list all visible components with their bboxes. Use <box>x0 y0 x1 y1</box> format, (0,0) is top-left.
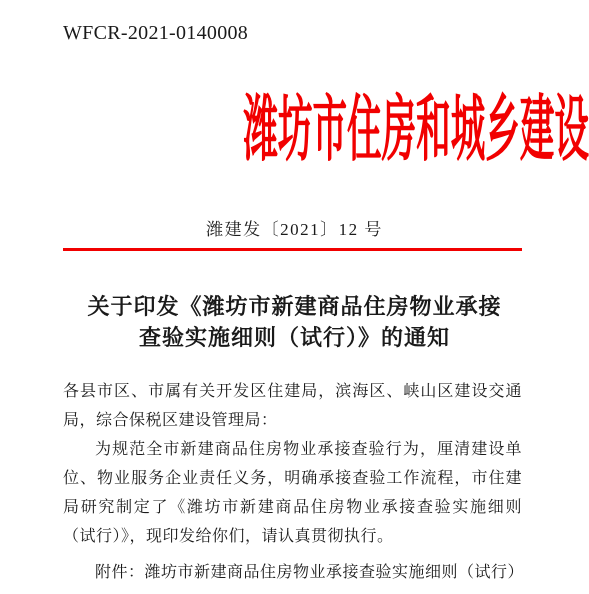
attachment-line: 附件：潍坊市新建商品住房物业承接查验实施细则（试行） <box>63 558 522 587</box>
agency-header-title: 潍坊市住房和城乡建设局文件 <box>243 84 589 176</box>
official-document-page: WFCR-2021-0140008 潍坊市住房和城乡建设局文件 潍建发〔2021… <box>0 0 589 594</box>
main-paragraph: 为规范全市新建商品住房物业承接查验行为，厘清建设单位、物业服务企业责任义务，明确… <box>63 435 522 551</box>
notice-title-line-1: 关于印发《潍坊市新建商品住房物业承接 <box>0 291 589 322</box>
agency-header-banner: 潍坊市住房和城乡建设局文件 <box>0 84 589 176</box>
red-divider-line <box>63 248 522 251</box>
salutation-line: 各县市区、市属有关开发区住建局，滨海区、峡山区建设交通局，综合保税区建设管理局： <box>63 377 522 435</box>
notice-title-line-2: 查验实施细则（试行）》的通知 <box>0 322 589 353</box>
document-body: 各县市区、市属有关开发区住建局，滨海区、峡山区建设交通局，综合保税区建设管理局：… <box>63 377 522 587</box>
reference-number: 潍建发〔2021〕12 号 <box>0 215 589 240</box>
archive-number: WFCR-2021-0140008 <box>63 22 248 45</box>
notice-title: 关于印发《潍坊市新建商品住房物业承接 查验实施细则（试行）》的通知 <box>0 291 589 353</box>
